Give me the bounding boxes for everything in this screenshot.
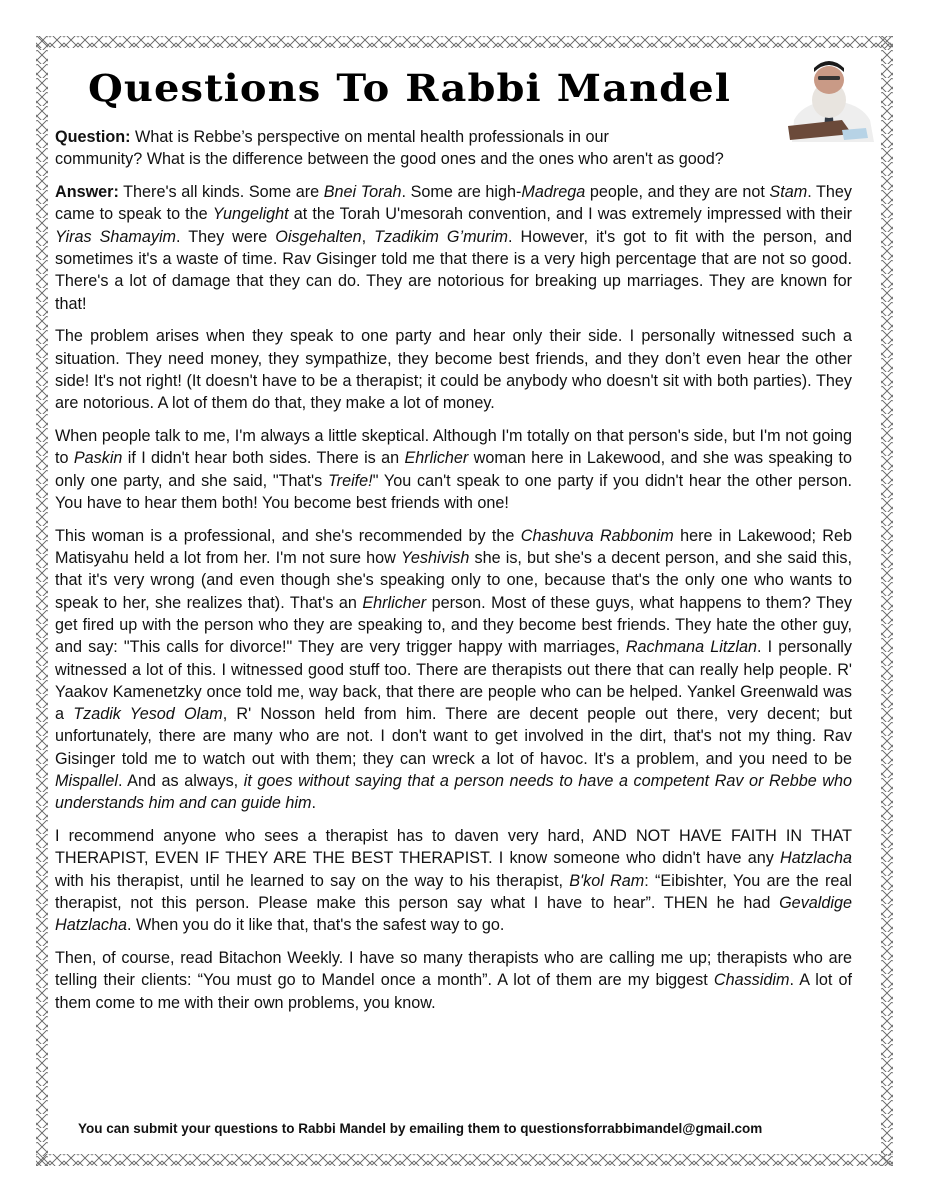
italic-term: Madrega xyxy=(521,183,585,201)
border-left xyxy=(36,36,48,1166)
answer-paragraph: The problem arises when they speak to on… xyxy=(55,325,852,414)
italic-term: Bnei Torah xyxy=(324,183,402,201)
italic-term: Tzadikim G’murim xyxy=(374,228,508,246)
italic-term: Mispallel xyxy=(55,772,118,790)
answer-paragraph: When people talk to me, I'm always a lit… xyxy=(55,425,852,514)
border-right xyxy=(881,36,893,1166)
italic-term: Chashuva Rabbonim xyxy=(521,527,674,545)
italic-term: Yiras Shamayim xyxy=(55,228,176,246)
italic-term: Ehrlicher xyxy=(404,449,468,467)
border-bottom xyxy=(36,1154,893,1166)
question-text-line1: What is Rebbe’s perspective on mental he… xyxy=(135,128,609,146)
answer-label: Answer: xyxy=(55,183,119,201)
italic-term: Oisgehalten xyxy=(275,228,361,246)
answer-paragraph: Answer: There's all kinds. Some are Bnei… xyxy=(55,181,852,315)
italic-term: Gevaldige Hatzlacha xyxy=(55,894,852,934)
italic-term: Treife! xyxy=(328,472,373,490)
italic-term: Rachmana Litzlan xyxy=(626,638,757,656)
border-top xyxy=(36,36,893,48)
italic-term: Tzadik Yesod Olam xyxy=(73,705,222,723)
article-body: Question: What is Rebbe’s perspective on… xyxy=(55,126,852,1024)
page-title: Questions To Rabbi Mandel xyxy=(88,66,731,110)
question-label: Question: xyxy=(55,128,131,146)
italic-term: Chassidim xyxy=(714,971,790,989)
question-paragraph: Question: What is Rebbe’s perspective on… xyxy=(55,126,767,171)
italic-term: Yungelight xyxy=(213,205,289,223)
italic-term: B'kol Ram xyxy=(569,872,644,890)
italic-term: it goes without saying that a person nee… xyxy=(55,772,852,812)
answer-section: Answer: There's all kinds. Some are Bnei… xyxy=(55,181,852,1014)
italic-term: Stam xyxy=(769,183,807,201)
answer-paragraph: This woman is a professional, and she's … xyxy=(55,525,852,815)
question-text-line2: community? What is the difference betwee… xyxy=(55,148,852,170)
answer-paragraph: Then, of course, read Bitachon Weekly. I… xyxy=(55,947,852,1014)
italic-term: Ehrlicher xyxy=(362,594,426,612)
italic-term: Hatzlacha xyxy=(780,849,852,867)
italic-term: Paskin xyxy=(74,449,123,467)
submission-footer: You can submit your questions to Rabbi M… xyxy=(78,1121,762,1136)
answer-paragraph: I recommend anyone who sees a therapist … xyxy=(55,825,852,936)
italic-term: Yeshivish xyxy=(401,549,469,567)
